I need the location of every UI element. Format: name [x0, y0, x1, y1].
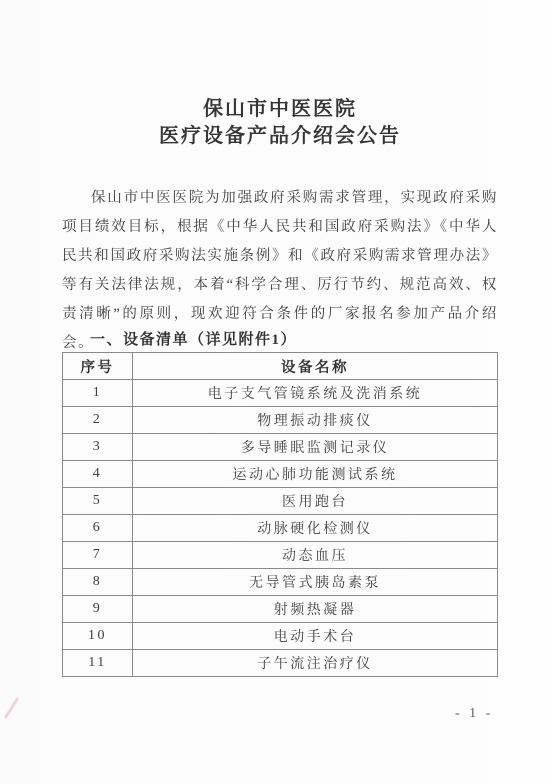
document-title-line2: 医疗设备产品介绍会公告 — [62, 123, 498, 150]
table-header-row: 序号 设备名称 — [63, 353, 498, 380]
cell-serial: 10 — [63, 623, 133, 650]
cell-serial: 1 — [63, 380, 133, 407]
table-row: 11 子午流注治疗仪 — [63, 650, 498, 677]
header-cell-serial: 序号 — [63, 353, 133, 380]
cell-device-name: 子午流注治疗仪 — [133, 650, 498, 677]
cell-device-name: 多导睡眠监测记录仪 — [133, 434, 498, 461]
document-title-line1: 保山市中医医院 — [62, 96, 498, 123]
table-row: 1 电子支气管镜系统及洗消系统 — [63, 380, 498, 407]
table-row: 2 物理振动排痰仪 — [63, 407, 498, 434]
equipment-table-body: 1 电子支气管镜系统及洗消系统 2 物理振动排痰仪 3 多导睡眠监测记录仪 4 … — [63, 380, 498, 677]
table-row: 4 运动心肺功能测试系统 — [63, 461, 498, 488]
cell-serial: 9 — [63, 596, 133, 623]
table-row: 9 射频热凝器 — [63, 596, 498, 623]
cell-device-name: 射频热凝器 — [133, 596, 498, 623]
cell-serial: 4 — [63, 461, 133, 488]
scanned-document-page: 保山市中医医院 医疗设备产品介绍会公告 保山市中医医院为加强政府采购需求管理，实… — [0, 0, 552, 784]
cell-device-name: 动脉硬化检测仪 — [133, 515, 498, 542]
table-row: 10 电动手术台 — [63, 623, 498, 650]
table-row: 8 无导管式胰岛素泵 — [63, 569, 498, 596]
table-row: 3 多导睡眠监测记录仪 — [63, 434, 498, 461]
equipment-table-header: 序号 设备名称 — [63, 353, 498, 380]
cell-serial: 11 — [63, 650, 133, 677]
cell-serial: 8 — [63, 569, 133, 596]
cell-device-name: 运动心肺功能测试系统 — [133, 461, 498, 488]
cell-serial: 7 — [63, 542, 133, 569]
cell-serial: 5 — [63, 488, 133, 515]
cell-device-name: 电动手术台 — [133, 623, 498, 650]
table-row: 7 动态血压 — [63, 542, 498, 569]
cell-serial: 2 — [63, 407, 133, 434]
table-row: 6 动脉硬化检测仪 — [63, 515, 498, 542]
cell-serial: 3 — [63, 434, 133, 461]
page-number: - 1 - — [455, 706, 493, 722]
cell-device-name: 医用跑台 — [133, 488, 498, 515]
cell-device-name: 无导管式胰岛素泵 — [133, 569, 498, 596]
cell-serial: 6 — [63, 515, 133, 542]
cell-device-name: 物理振动排痰仪 — [133, 407, 498, 434]
cell-device-name: 动态血压 — [133, 542, 498, 569]
table-row: 5 医用跑台 — [63, 488, 498, 515]
scan-artifact-mark — [4, 697, 19, 719]
document-title: 保山市中医医院 医疗设备产品介绍会公告 — [62, 96, 498, 150]
equipment-table: 序号 设备名称 1 电子支气管镜系统及洗消系统 2 物理振动排痰仪 3 多导睡眠… — [62, 352, 498, 677]
section-heading-equipment-list: 一、设备清单（详见附件1） — [62, 328, 498, 349]
cell-device-name: 电子支气管镜系统及洗消系统 — [133, 380, 498, 407]
header-cell-device-name: 设备名称 — [133, 353, 498, 380]
